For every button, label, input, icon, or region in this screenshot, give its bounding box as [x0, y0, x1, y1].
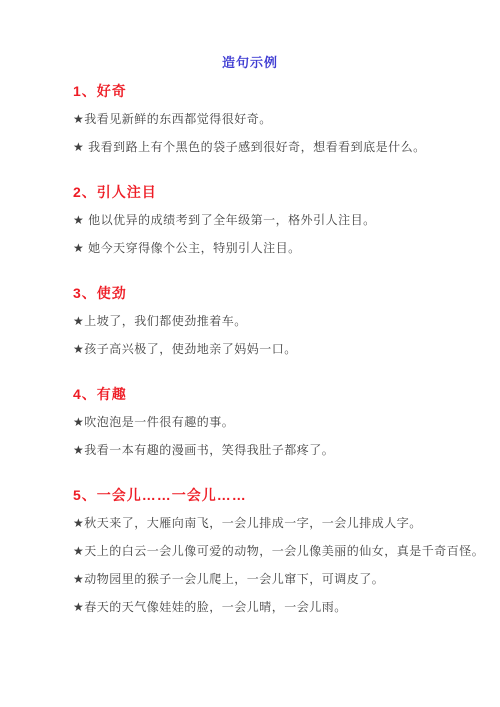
example-sentence: ★上坡了，我们都使劲推着车。 [73, 311, 470, 331]
section-heading: 1、好奇 [73, 81, 470, 101]
section-heading: 4、有趣 [73, 384, 470, 404]
example-sentence: ★天上的白云一会儿像可爱的动物，一会儿像美丽的仙女，真是千奇百怪。 [73, 541, 470, 561]
section-shijin: 3、使劲 ★上坡了，我们都使劲推着车。 ★孩子高兴极了，使劲地亲了妈妈一口。 [73, 283, 470, 359]
example-sentence: ★ 我看到路上有个黑色的袋子感到很好奇，想看看到底是什么。 [73, 137, 470, 157]
example-sentence: ★动物园里的猴子一会儿爬上，一会儿窜下，可调皮了。 [73, 569, 470, 589]
section-heading: 5、一会儿……一会儿…… [73, 485, 470, 505]
document-page: 造句示例 1、好奇 ★我看见新鲜的东西都觉得很好奇。 ★ 我看到路上有个黑色的袋… [0, 0, 500, 707]
example-sentence: ★我看见新鲜的东西都觉得很好奇。 [73, 109, 470, 129]
section-heading: 2、引人注目 [73, 182, 470, 202]
example-sentence: ★ 他以优异的成绩考到了全年级第一，格外引人注目。 [73, 210, 470, 230]
example-sentence: ★吹泡泡是一件很有趣的事。 [73, 412, 470, 432]
section-yihuier: 5、一会儿……一会儿…… ★秋天来了，大雁向南飞，一会儿排成一字，一会儿排成人字… [73, 485, 470, 617]
example-sentence: ★春天的天气像娃娃的脸，一会儿晴，一会儿雨。 [73, 597, 470, 617]
section-haoqi: 1、好奇 ★我看见新鲜的东西都觉得很好奇。 ★ 我看到路上有个黑色的袋子感到很好… [73, 81, 470, 157]
example-sentence: ★秋天来了，大雁向南飞，一会儿排成一字，一会儿排成人字。 [73, 513, 470, 533]
example-sentence: ★孩子高兴极了，使劲地亲了妈妈一口。 [73, 339, 470, 359]
section-yinrenzhumu: 2、引人注目 ★ 他以优异的成绩考到了全年级第一，格外引人注目。 ★ 她今天穿得… [73, 182, 470, 258]
section-youqu: 4、有趣 ★吹泡泡是一件很有趣的事。 ★我看一本有趣的漫画书，笑得我肚子都疼了。 [73, 384, 470, 460]
example-sentence: ★ 她今天穿得像个公主，特别引人注目。 [73, 238, 470, 258]
section-heading: 3、使劲 [73, 283, 470, 303]
document-title: 造句示例 [30, 53, 470, 73]
example-sentence: ★我看一本有趣的漫画书，笑得我肚子都疼了。 [73, 440, 470, 460]
